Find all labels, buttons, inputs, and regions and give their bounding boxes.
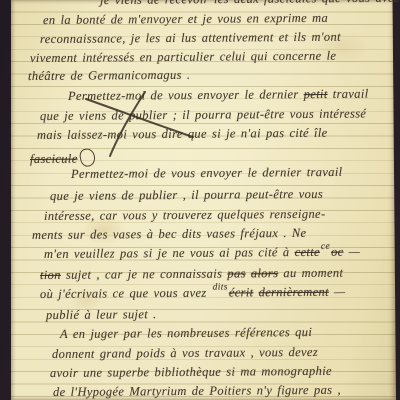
handwritten-line: en la bonté de m'envoyer et je vous en e… xyxy=(43,11,328,27)
text-segment: je viens de recevoir les deux fascicules… xyxy=(100,0,399,7)
inserted-word-above: ce xyxy=(321,240,330,254)
text-segment: publié à leur sujet . xyxy=(46,307,157,322)
handwritten-line: vivement intéressés en particulier celui… xyxy=(30,49,336,65)
handwriting-layer: je viens de recevoir les deux fascicules… xyxy=(0,0,400,400)
handwritten-line: donnent grand poids à vos travaux , vous… xyxy=(52,345,318,361)
handwritten-line: où j'écrivais ce que vous avez ditsécrit… xyxy=(40,285,346,303)
manuscript-photo-background: je viens de recevoir les deux fascicules… xyxy=(0,0,400,400)
handwritten-line: Permettez-moi de vous envoyer le dernier… xyxy=(68,87,369,103)
handwritten-line: tion sujet , car je ne connaissais pas a… xyxy=(40,266,343,282)
handwritten-line: mais laissez-moi vous dire que si je n'a… xyxy=(37,126,328,142)
handwritten-line: je viens de recevoir les deux fascicules… xyxy=(100,0,399,7)
text-segment: au moment xyxy=(278,266,343,281)
strikethrough-segment: alors xyxy=(251,266,279,280)
text-segment: reconnaissance, je les ai lus attentivem… xyxy=(40,30,341,46)
text-segment: que je viens de publier ; il pourra peut… xyxy=(40,106,366,123)
text-segment: de l'Hypogée Martyrium de Poitiers n'y f… xyxy=(53,383,341,399)
text-segment: donnent grand poids à vos travaux , vous… xyxy=(52,345,318,361)
text-segment: intéresse, car vous y trouverez quelques… xyxy=(44,207,326,223)
text-segment: en la bonté de m'envoyer et je vous en e… xyxy=(43,11,328,27)
strikethrough-segment: pas xyxy=(227,266,246,280)
text-segment: avoir une superbe bibliothèque si ma mon… xyxy=(50,364,332,380)
handwritten-line: ments sur des vases à bec dits vases fré… xyxy=(32,226,307,242)
circled-flourish-mark xyxy=(78,147,97,168)
handwritten-line: que je viens de publier , il pourra peut… xyxy=(50,187,323,203)
text-segment: travail xyxy=(328,87,369,101)
text-segment: où j'écrivais ce que vous avez xyxy=(40,286,212,301)
inserted-word-above: dits xyxy=(213,281,228,295)
handwritten-line: reconnaissance, je les ai lus attentivem… xyxy=(40,30,341,46)
handwritten-line: que je viens de publier ; il pourra peut… xyxy=(40,106,366,123)
handwritten-line: de l'Hypogée Martyrium de Poitiers n'y f… xyxy=(53,383,341,399)
text-segment: vivement intéressés en particulier celui… xyxy=(30,49,336,65)
strikethrough-segment: tion xyxy=(40,268,61,282)
text-segment: — xyxy=(329,285,346,299)
handwritten-line: fascicule xyxy=(30,148,95,167)
handwritten-line: Permettez-moi de vous envoyer le dernier… xyxy=(71,165,343,181)
handwritten-line: intéresse, car vous y trouverez quelques… xyxy=(44,207,326,223)
strikethrough-segment: écrit xyxy=(229,285,254,299)
strikethrough-segment: petit xyxy=(304,87,328,101)
handwritten-line: avoir une superbe bibliothèque si ma mon… xyxy=(50,364,332,380)
text-segment: mais laissez-moi vous dire que si je n'a… xyxy=(37,126,328,142)
strikethrough-segment: cette xyxy=(295,245,320,259)
text-segment: A en juger par les nombreuses références… xyxy=(60,325,312,341)
text-segment: sujet , car je ne connaissais xyxy=(61,267,228,282)
text-segment: Permettez-moi de vous envoyer le dernier xyxy=(68,87,304,103)
text-segment: théâtre de Germanicomagus . xyxy=(28,68,190,83)
handwritten-line: A en juger par les nombreuses références… xyxy=(60,325,312,341)
strikethrough-segment: oc xyxy=(331,245,344,259)
text-segment: m'en veuillez pas si je ne vous ai pas c… xyxy=(44,245,295,261)
text-segment: ments sur des vases à bec dits vases fré… xyxy=(32,226,307,242)
handwritten-line: m'en veuillez pas si je ne vous ai pas c… xyxy=(44,245,360,263)
handwritten-line: théâtre de Germanicomagus . xyxy=(28,68,190,83)
strikethrough-segment: dernièrement xyxy=(259,285,329,300)
text-segment: — xyxy=(343,245,360,259)
text-segment: Permettez-moi de vous envoyer le dernier… xyxy=(71,165,343,181)
text-segment: que je viens de publier , il pourra peut… xyxy=(50,187,323,203)
strikethrough-segment: fascicule xyxy=(30,152,78,166)
handwritten-line: publié à leur sujet . xyxy=(46,307,157,322)
